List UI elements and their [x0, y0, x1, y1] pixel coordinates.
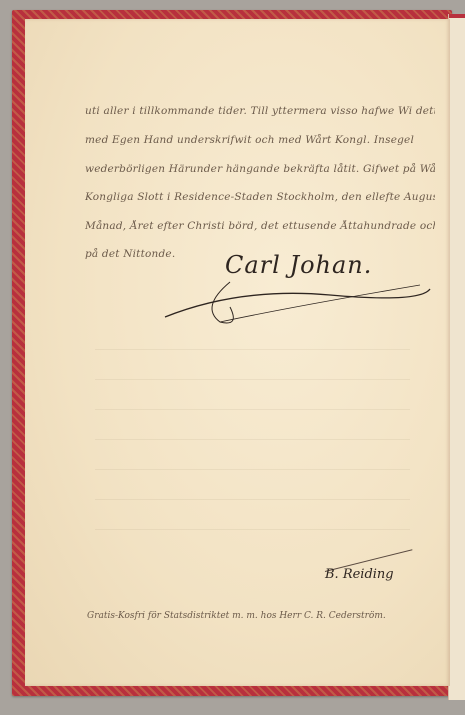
- manuscript-page: uti aller i tillkommande tider. Till ytt…: [25, 19, 450, 686]
- text-line: wederbörligen Härunder hängande bekräfta…: [85, 163, 435, 175]
- royal-signature: Carl Johan.: [225, 251, 372, 279]
- binding-edge: [449, 14, 465, 18]
- countersignature: B. Reiding: [325, 567, 394, 582]
- adjacent-page-edge: [448, 14, 465, 700]
- bleed-through: [95, 349, 410, 350]
- text-line: på det Nittonde.: [85, 248, 205, 260]
- bleed-through: [95, 439, 410, 440]
- bleed-through: [95, 499, 410, 500]
- text-line: Kongliga Slott i Residence-Staden Stockh…: [85, 191, 435, 203]
- text-line: Månad, Året efter Christi börd, det ettu…: [85, 220, 435, 232]
- bleed-through: [95, 469, 410, 470]
- bleed-through: [95, 379, 410, 380]
- footer-note: Gratis-Kosfri för Statsdistriktet m. m. …: [87, 611, 386, 621]
- bleed-through: [95, 529, 410, 530]
- bleed-through: [95, 409, 410, 410]
- text-line: med Egen Hand underskrifwit och med Wårt…: [85, 134, 435, 146]
- text-line: uti aller i tillkommande tider. Till ytt…: [85, 105, 435, 117]
- signature-flourish: [160, 277, 440, 327]
